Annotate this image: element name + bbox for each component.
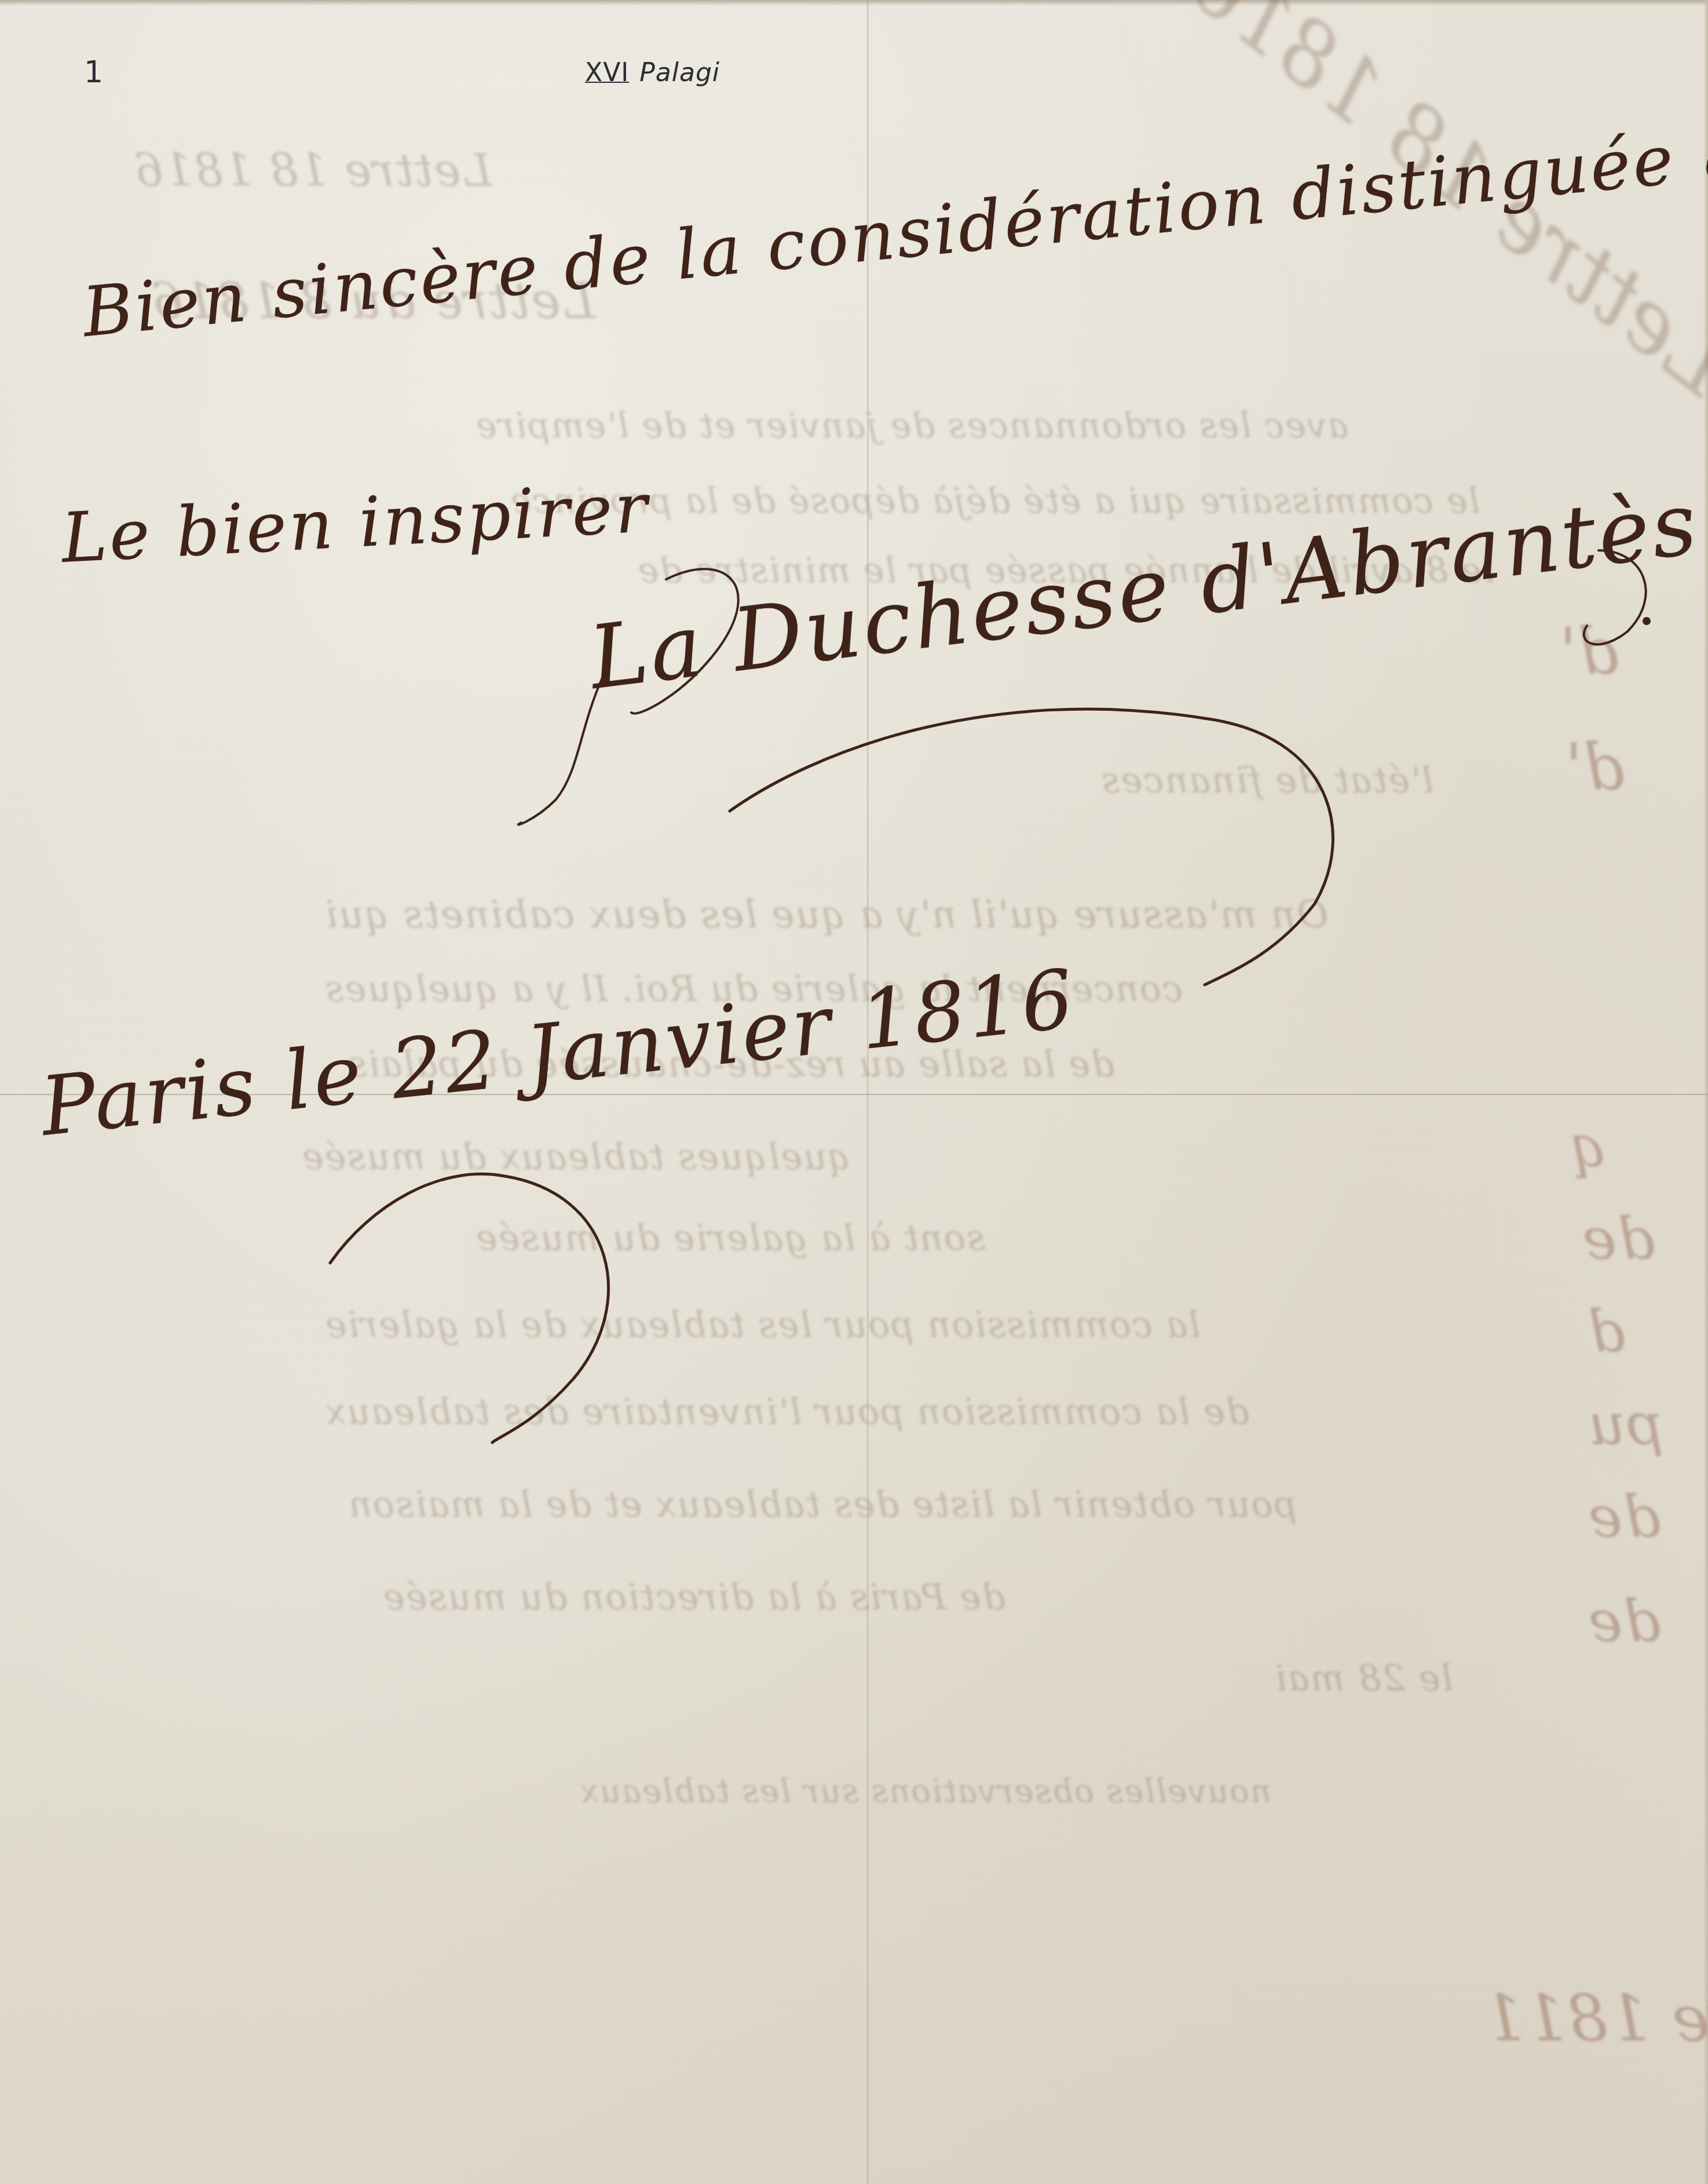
bleed-margin-fragment: q — [1570, 1112, 1608, 1180]
bleed-line: le 28 mai — [1274, 1657, 1453, 1699]
archive-reference: XVIPalagi — [585, 58, 720, 87]
bleed-line: l'état de finances — [1100, 759, 1433, 801]
bleed-line: nouvelles observations sur les tableaux — [579, 1773, 1271, 1810]
closing-line-1: Bien sincère de la considération disting… — [79, 64, 1708, 352]
closing-line-2: Le bien inspirer — [60, 468, 652, 578]
letter-page: Lettre 18 1816 Lettre 18 1816 Lettre du … — [0, 0, 1708, 2184]
bleed-line: quelques tableaux du musée — [301, 1135, 851, 1178]
paper-top-edge — [0, 0, 1708, 6]
bleed-margin-fragment: d — [1587, 1298, 1625, 1365]
bleed-line: Lettre 18 1816 — [133, 145, 492, 197]
bleed-line: de la commission pour l'inventaire des t… — [324, 1390, 1249, 1433]
bleed-margin-fragment: de — [1587, 1587, 1661, 1655]
bleed-margin-fragment: pu — [1587, 1390, 1663, 1458]
archive-collection-name: Palagi — [639, 58, 720, 87]
bleed-line: avec les ordonnances de janvier et de l'… — [475, 406, 1348, 446]
vertical-fold-line — [867, 0, 869, 2184]
bleed-margin-fragment: d' — [1564, 730, 1625, 804]
archive-collection-number: XVI — [585, 58, 629, 87]
bleed-line: Lettre 1811 — [1483, 1981, 1708, 2055]
bleed-line: le commissaire qui a été déjà déposé de … — [510, 481, 1480, 521]
bleed-line: On m'assure qu'il n'y a que les deux cab… — [324, 892, 1328, 937]
bleed-line: sont à la galerie du musée — [475, 1217, 985, 1259]
bleed-line: pour obtenir la liste des tableaux et de… — [348, 1483, 1297, 1525]
bleed-line: la commission pour les tableaux de la ga… — [324, 1303, 1200, 1346]
bleed-line: de Paris à la direction du musée — [382, 1576, 1005, 1618]
bleed-margin-fragment: d' — [1558, 614, 1619, 688]
archive-page-number: 1 — [84, 55, 104, 90]
bleed-margin-fragment: de — [1587, 1483, 1661, 1551]
bleed-margin-fragment: de — [1581, 1205, 1655, 1273]
